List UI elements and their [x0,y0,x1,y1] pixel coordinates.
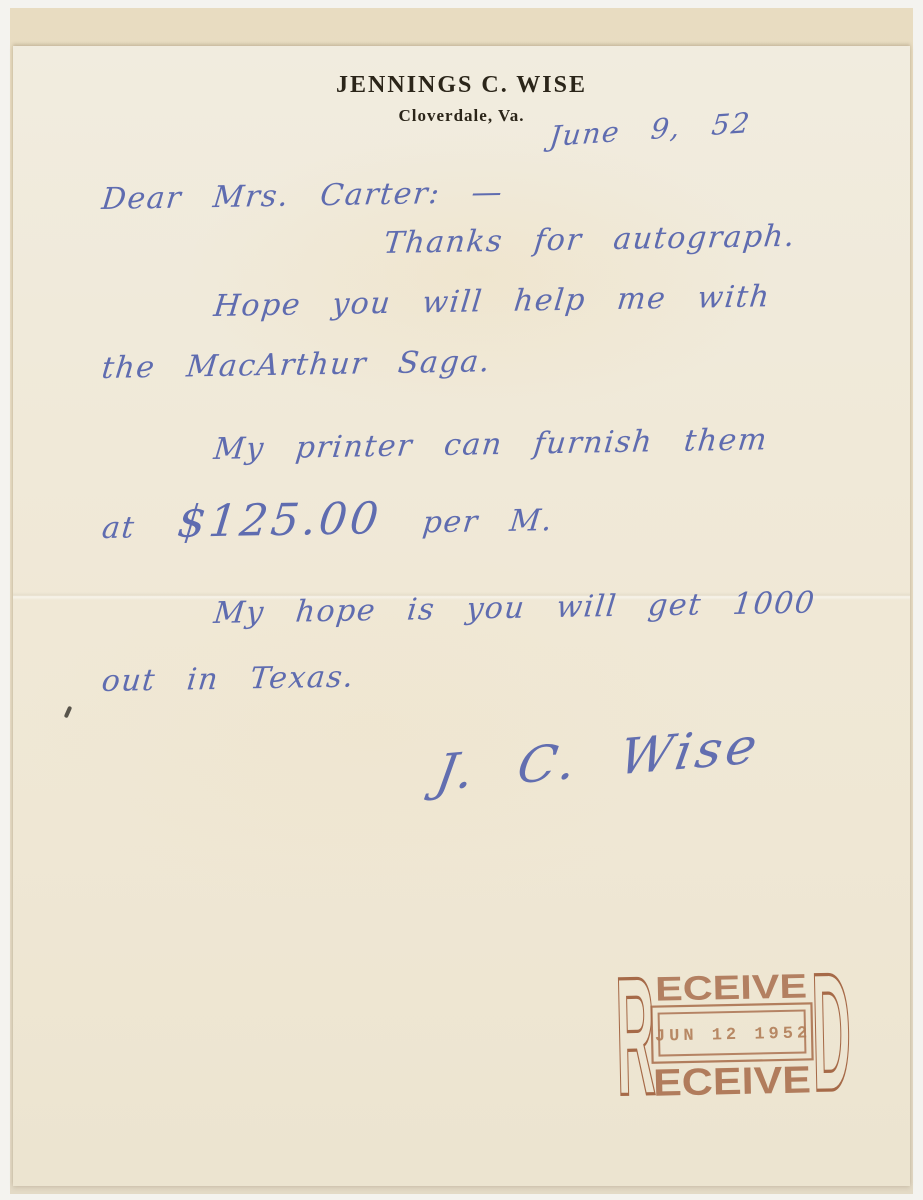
document-scan: JENNINGS C. WISE Cloverdale, Va. June 9,… [0,0,923,1200]
stamp-date: JUN 12 1952 [655,1024,812,1046]
letterhead: JENNINGS C. WISE Cloverdale, Va. [0,72,923,126]
price-prefix: at [100,510,137,546]
salutation-line: Dear Mrs. Carter: — [100,175,505,217]
stamp-top-word: ECEIVE [655,967,808,1008]
letterhead-name: JENNINGS C. WISE [0,72,923,99]
stamp-letter-d: D [810,963,853,1100]
received-stamp: R D ECEIVE JUN 12 1952 ECEIVE [611,963,858,1100]
handwritten-line-thanks: Thanks for autograph. [382,219,798,261]
stamp-bottom-word: ECEIVE [653,1059,812,1100]
letterhead-city: Cloverdale, Va. [0,106,923,126]
stamp-letter-r: R [614,963,657,1100]
handwritten-line-texas-2: out in Texas. [100,660,356,699]
price-amount: $125.00 [175,493,384,548]
price-suffix: per M. [421,503,555,540]
handwritten-line-hope-2: the MacArthur Saga. [100,344,493,386]
handwritten-line-price: at $125.00 per M. [100,490,556,549]
